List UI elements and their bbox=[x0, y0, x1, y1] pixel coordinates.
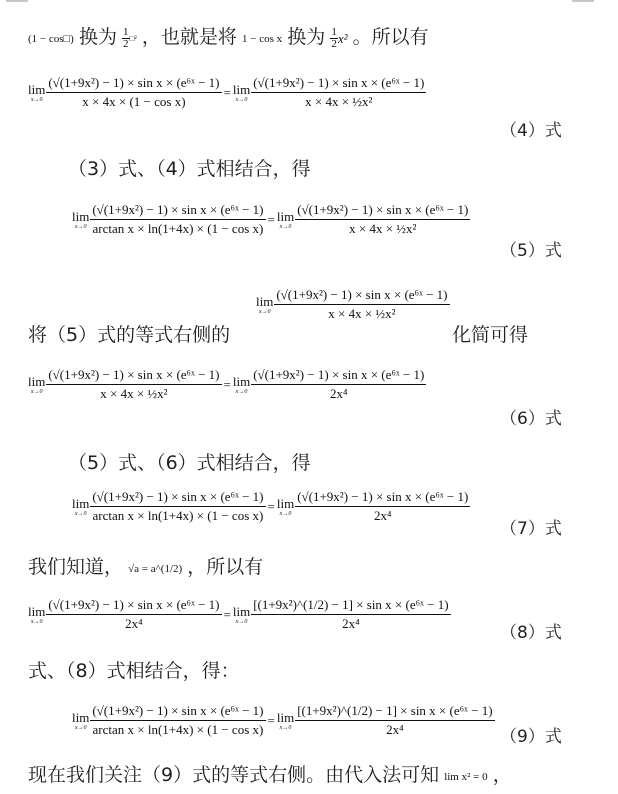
limit-operator: limx→0 bbox=[28, 605, 45, 625]
lhs-fraction: (√(1+9x²) − 1) × sin x × (e⁶ˣ − 1) x × 4… bbox=[46, 368, 221, 402]
numerator: [(1+9x²)^(1/2) − 1] × sin x × (e⁶ˣ − 1) bbox=[295, 704, 494, 721]
numerator: (√(1+9x²) − 1) × sin x × (e⁶ˣ − 1) bbox=[295, 203, 470, 220]
rhs-fraction: [(1+9x²)^(1/2) − 1] × sin x × (e⁶ˣ − 1) … bbox=[295, 704, 494, 738]
text-replace-with-2: 换为 bbox=[287, 26, 325, 48]
denominator: arctan x × ln(1+4x) × (1 − cos x) bbox=[91, 721, 266, 738]
math-half-x-squared: 12x² bbox=[330, 27, 347, 50]
numerator: (√(1+9x²) − 1) × sin x × (e⁶ˣ − 1) bbox=[251, 76, 426, 93]
equation-9: limx→0 (√(1+9x²) − 1) × sin x × (e⁶ˣ − 1… bbox=[72, 704, 495, 738]
numerator: (√(1+9x²) − 1) × sin x × (e⁶ˣ − 1) bbox=[90, 203, 265, 220]
lhs-fraction: (√(1+9x²) − 1) × sin x × (e⁶ˣ − 1) 2x⁴ bbox=[46, 598, 221, 632]
limit-operator: limx→0 bbox=[233, 83, 250, 103]
denominator: arctan x × ln(1+4x) × (1 − cos x) bbox=[91, 507, 266, 524]
rhs-fraction: (√(1+9x²) − 1) × sin x × (e⁶ˣ − 1) x × 4… bbox=[295, 203, 470, 237]
limit-operator: limx→0 bbox=[28, 83, 45, 103]
numerator: (√(1+9x²) − 1) × sin x × (e⁶ˣ − 1) bbox=[274, 288, 449, 305]
limit-operator: limx→0 bbox=[72, 210, 89, 230]
math-limit-x-squared: lim x² = 0 bbox=[444, 771, 487, 783]
denominator: 2x⁴ bbox=[340, 615, 362, 632]
rhs-fraction: (√(1+9x²) − 1) × sin x × (e⁶ˣ − 1) x × 4… bbox=[251, 76, 426, 110]
inline-expression-rhs-5: limx→0 (√(1+9x²) − 1) × sin x × (e⁶ˣ − 1… bbox=[256, 288, 450, 322]
text-combine-8: 式、（8）式相结合，得： bbox=[28, 656, 240, 683]
limit-operator: limx→0 bbox=[277, 497, 294, 517]
denominator: 2x⁴ bbox=[372, 507, 394, 524]
text-focus: 现在我们关注（9）式的等式右侧。由代入法可知 bbox=[28, 764, 439, 786]
text-that-is: ，也就是将 bbox=[142, 26, 237, 48]
page-corner-mark-left bbox=[6, 0, 28, 2]
denominator: 2x⁴ bbox=[384, 721, 406, 738]
limit-operator: limx→0 bbox=[277, 210, 294, 230]
equation-label-6: （6）式 bbox=[500, 404, 562, 429]
denominator: 2x⁴ bbox=[328, 385, 350, 402]
equals-sign: = bbox=[268, 499, 275, 515]
equation-label-7: （7）式 bbox=[500, 514, 562, 539]
equation-7: limx→0 (√(1+9x²) − 1) × sin x × (e⁶ˣ − 1… bbox=[72, 490, 470, 524]
text-so-we-have: ，所以有 bbox=[187, 556, 263, 578]
denominator: x × 4x × ½x² bbox=[98, 385, 169, 402]
denominator: x × 4x × (1 − cos x) bbox=[80, 93, 187, 110]
numerator: (√(1+9x²) − 1) × sin x × (e⁶ˣ − 1) bbox=[295, 490, 470, 507]
denominator: x × 4x × ½x² bbox=[326, 305, 397, 322]
limit-operator: limx→0 bbox=[233, 605, 250, 625]
lhs-fraction: (√(1+9x²) − 1) × sin x × (e⁶ˣ − 1) arcta… bbox=[90, 203, 265, 237]
text-combine-3-4: （3）式、（4）式相结合，得 bbox=[68, 154, 311, 181]
equation-5: limx→0 (√(1+9x²) − 1) × sin x × (e⁶ˣ − 1… bbox=[72, 203, 470, 237]
math-half-box-squared: 12□² bbox=[122, 27, 137, 50]
page-corner-mark-right bbox=[572, 0, 594, 2]
numerator: (√(1+9x²) − 1) × sin x × (e⁶ˣ − 1) bbox=[90, 704, 265, 721]
limit-operator: limx→0 bbox=[72, 711, 89, 731]
rhs-fraction: (√(1+9x²) − 1) × sin x × (e⁶ˣ − 1) 2x⁴ bbox=[295, 490, 470, 524]
limit-operator: limx→0 bbox=[28, 375, 45, 395]
equation-label-9: （9）式 bbox=[500, 722, 562, 747]
text-replace-with: 换为 bbox=[79, 26, 117, 48]
lhs-fraction: (√(1+9x²) − 1) × sin x × (e⁶ˣ − 1) arcta… bbox=[90, 490, 265, 524]
intro-line: (1 − cos□) 换为 12□² ，也就是将 1 − cos x 换为 12… bbox=[28, 22, 429, 50]
denominator: arctan x × ln(1+4x) × (1 − cos x) bbox=[91, 220, 266, 237]
equation-6: limx→0 (√(1+9x²) − 1) × sin x × (e⁶ˣ − 1… bbox=[28, 368, 426, 402]
text-simplify-pre: 将（5）式的等式右侧的 bbox=[28, 320, 230, 347]
numerator: (√(1+9x²) − 1) × sin x × (e⁶ˣ − 1) bbox=[46, 76, 221, 93]
math-1-minus-cos-box: (1 − cos□) bbox=[28, 33, 74, 45]
equals-sign: = bbox=[224, 377, 231, 393]
rhs-fraction: (√(1+9x²) − 1) × sin x × (e⁶ˣ − 1) 2x⁴ bbox=[251, 368, 426, 402]
numerator: (√(1+9x²) − 1) × sin x × (e⁶ˣ − 1) bbox=[46, 368, 221, 385]
rhs-fraction: [(1+9x²)^(1/2) − 1] × sin x × (e⁶ˣ − 1) … bbox=[251, 598, 450, 632]
equals-sign: = bbox=[224, 607, 231, 623]
denominator: x × 4x × ½x² bbox=[303, 93, 374, 110]
equation-4: limx→0 (√(1+9x²) − 1) × sin x × (e⁶ˣ − 1… bbox=[28, 76, 426, 110]
frac-den: 2 bbox=[123, 39, 129, 50]
equals-sign: = bbox=[224, 85, 231, 101]
frac-den: 2 bbox=[331, 39, 337, 50]
fraction: (√(1+9x²) − 1) × sin x × (e⁶ˣ − 1) x × 4… bbox=[274, 288, 449, 322]
equation-label-8: （8）式 bbox=[500, 618, 562, 643]
limit-operator: limx→0 bbox=[233, 375, 250, 395]
lhs-fraction: (√(1+9x²) − 1) × sin x × (e⁶ˣ − 1) x × 4… bbox=[46, 76, 221, 110]
text-we-know-line: 我们知道， √a = a^(1/2) ，所以有 bbox=[28, 552, 263, 579]
lhs-fraction: (√(1+9x²) − 1) × sin x × (e⁶ˣ − 1) arcta… bbox=[90, 704, 265, 738]
numerator: (√(1+9x²) − 1) × sin x × (e⁶ˣ − 1) bbox=[251, 368, 426, 385]
limit-operator: limx→0 bbox=[256, 295, 273, 315]
math-sqrt-identity: √a = a^(1/2) bbox=[128, 563, 182, 575]
equals-sign: = bbox=[268, 713, 275, 729]
limit-operator: limx→0 bbox=[277, 711, 294, 731]
equation-label-4: （4）式 bbox=[500, 116, 562, 141]
text-comma: ， bbox=[493, 764, 512, 786]
text-we-know: 我们知道， bbox=[28, 556, 123, 578]
numerator: [(1+9x²)^(1/2) − 1] × sin x × (e⁶ˣ − 1) bbox=[251, 598, 450, 615]
text-therefore: 。所以有 bbox=[353, 26, 429, 48]
text-combine-5-6: （5）式、（6）式相结合，得 bbox=[68, 448, 311, 475]
math-1-minus-cos-x: 1 − cos x bbox=[242, 33, 282, 45]
x-squared: x² bbox=[338, 31, 348, 47]
equals-sign: = bbox=[268, 212, 275, 228]
denominator: x × 4x × ½x² bbox=[347, 220, 418, 237]
equation-label-5: （5）式 bbox=[500, 236, 562, 261]
text-simplify-post: 化简可得 bbox=[452, 320, 528, 347]
limit-operator: limx→0 bbox=[72, 497, 89, 517]
text-focus-line: 现在我们关注（9）式的等式右侧。由代入法可知 lim x² = 0 ， bbox=[28, 760, 512, 787]
equation-8: limx→0 (√(1+9x²) − 1) × sin x × (e⁶ˣ − 1… bbox=[28, 598, 451, 632]
numerator: (√(1+9x²) − 1) × sin x × (e⁶ˣ − 1) bbox=[90, 490, 265, 507]
denominator: 2x⁴ bbox=[123, 615, 145, 632]
numerator: (√(1+9x²) − 1) × sin x × (e⁶ˣ − 1) bbox=[46, 598, 221, 615]
